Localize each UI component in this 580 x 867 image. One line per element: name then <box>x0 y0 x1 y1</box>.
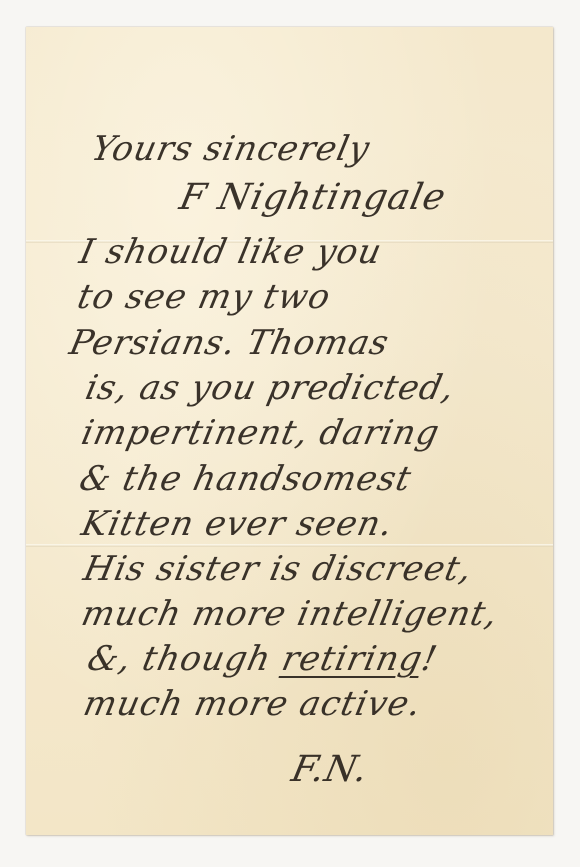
text-line-2: to see my two <box>74 277 334 317</box>
text-line-9: much more intelligent, <box>78 594 502 634</box>
text-line-5: impertinent, daring <box>78 413 443 453</box>
text-line-6: & the handsomest <box>76 459 415 499</box>
signature: F Nightingale <box>176 177 450 218</box>
postscript-initials: F.N. <box>288 749 372 790</box>
text-line-11: much more active. <box>80 684 425 724</box>
fold-crease-lower <box>26 544 553 547</box>
letter-sheet: Yours sincerely F Nightingale I should l… <box>26 27 553 835</box>
valediction: Yours sincerely <box>88 129 374 169</box>
text-line-4: is, as you predicted, <box>82 368 459 408</box>
underlined-word: retiring <box>278 639 426 679</box>
text-line-10-start: &, though <box>84 639 275 679</box>
text-line-8: His sister is discreet, <box>80 549 476 589</box>
text-line-1: I should like you <box>76 232 386 272</box>
text-line-7: Kitten ever seen. <box>78 504 397 544</box>
text-line-3: Persians. Thomas <box>66 323 393 363</box>
text-line-10: &, though retiring! <box>84 639 441 679</box>
